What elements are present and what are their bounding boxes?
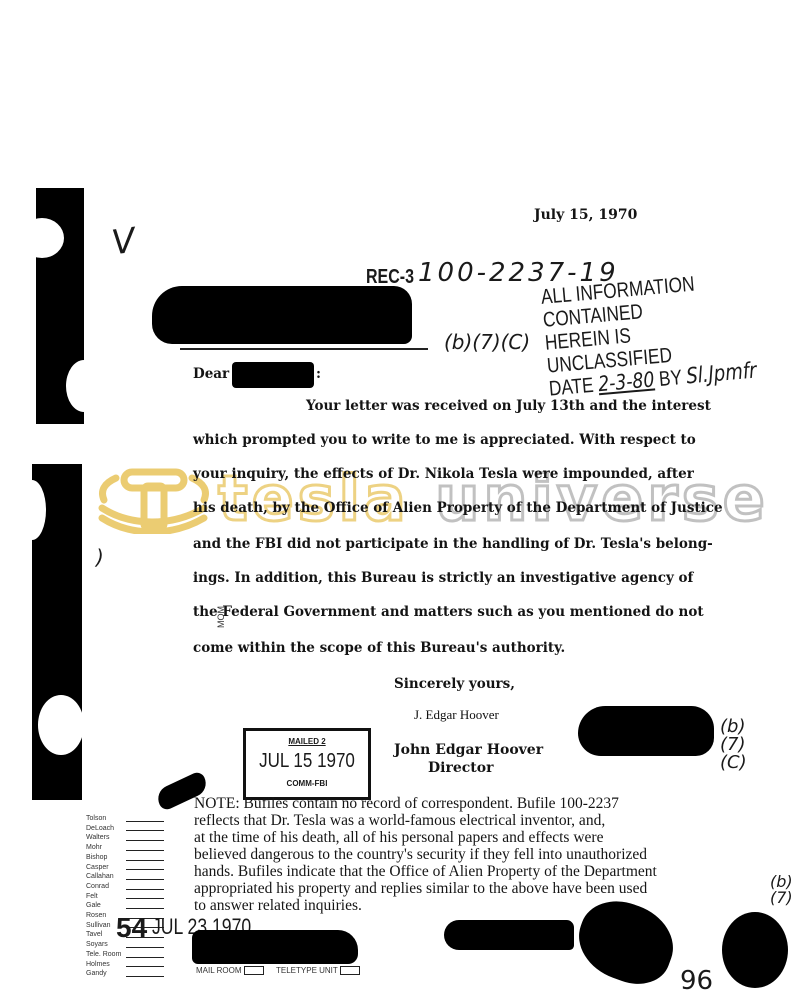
routing-initial-line <box>126 845 164 851</box>
routing-initial-line <box>126 961 164 967</box>
routing-slip-row: DeLoach <box>86 824 164 834</box>
punch-hole <box>18 480 46 540</box>
exemption-mark: (b)(7)(C) <box>444 330 530 354</box>
exemption-mark-bottom: (b)(7) <box>770 874 788 906</box>
typed-signature: J. Edgar Hoover <box>414 707 499 723</box>
routing-initial-line <box>126 971 164 977</box>
routing-name: Tele. Room <box>86 950 126 960</box>
mailed-stamp: MAILED 2 JUL 15 1970 COMM-FBI <box>243 728 371 800</box>
note-line-6: appropriated his property and replies si… <box>194 880 657 897</box>
routing-initial-line <box>126 893 164 899</box>
body-line-5: and the FBI did not participate in the h… <box>193 536 713 552</box>
note-line-4: believed dangerous to the country's secu… <box>194 846 657 863</box>
routing-name: Gandy <box>86 969 126 979</box>
routing-name: Callahan <box>86 872 126 882</box>
punch-hole <box>38 695 84 755</box>
routing-slip-row: Casper <box>86 863 164 873</box>
redacted-bottom-right-2 <box>722 912 788 988</box>
note-line-2: reflects that Dr. Tesla was a world-famo… <box>194 812 657 829</box>
routing-name: Mohr <box>86 843 126 853</box>
routing-name: Gale <box>86 901 126 911</box>
routing-slip-row: Gandy <box>86 969 164 979</box>
routing-initial-line <box>126 825 164 831</box>
body-line-4: his death, by the Office of Alien Proper… <box>193 500 723 516</box>
declass-signature: Sl.Jpmfr <box>685 359 757 390</box>
routing-name: Felt <box>86 892 126 902</box>
redacted-recipient-address <box>152 286 412 344</box>
mailed-stamp-top: MAILED 2 <box>246 737 368 746</box>
redacted-bottom-center <box>444 920 574 950</box>
signer-title: Director <box>428 760 493 776</box>
routing-slip-row: Bishop <box>86 853 164 863</box>
routing-name: Casper <box>86 863 126 873</box>
body-line-2: which prompted you to write to me is app… <box>193 432 696 448</box>
mailed-stamp-bottom: COMM-FBI <box>246 779 368 788</box>
redacted-recipient-name <box>232 362 314 388</box>
routing-initial-line <box>126 952 164 958</box>
routing-name: Bishop <box>86 853 126 863</box>
note-line-3: at the time of his death, all of his per… <box>194 829 657 846</box>
routing-initial-line <box>126 903 164 909</box>
salutation: Dear <box>193 366 229 382</box>
routing-slip-row: Holmes <box>86 960 164 970</box>
note-line-5: hands. Bufiles indicate that the Office … <box>194 863 657 880</box>
routing-initial-line <box>126 884 164 890</box>
mailed-stamp-date: JUL 15 1970 <box>255 750 359 773</box>
teletype-unit-label: TELETYPE UNIT <box>276 966 360 975</box>
declassification-stamp: ALL INFORMATION CONTAINED HEREIN IS UNCL… <box>540 267 762 400</box>
routing-name: Holmes <box>86 960 126 970</box>
body-line-3: your inquiry, the effects of Dr. Nikola … <box>193 466 694 482</box>
mail-room-label: MAIL ROOM <box>196 966 264 975</box>
margin-mark: ) <box>96 545 104 569</box>
routing-slip-row: Tele. Room <box>86 950 164 960</box>
routing-slip-row: Felt <box>86 892 164 902</box>
routing-initial-line <box>126 874 164 880</box>
declass-date: 2-3-80 <box>597 367 655 396</box>
letter-date: July 15, 1970 <box>534 207 637 223</box>
page-number: 96 <box>680 966 713 996</box>
body-line-6: ings. In addition, this Bureau is strict… <box>193 570 693 586</box>
routing-slip-row: Tolson <box>86 814 164 824</box>
routing-initial-line <box>126 816 164 822</box>
routing-slip: TolsonDeLoachWaltersMohrBishopCasperCall… <box>86 814 164 979</box>
routing-slip-row: Gale <box>86 901 164 911</box>
routing-slip-row: Mohr <box>86 843 164 853</box>
note-line-1: NOTE: Bufiles contain no record of corre… <box>194 795 657 812</box>
routing-initial-line <box>126 855 164 861</box>
received-stamp-number: 54 <box>116 912 147 944</box>
closing: Sincerely yours, <box>394 676 515 692</box>
margin-initial: V <box>109 221 138 264</box>
exemption-mark-right: (b)(7)(C) <box>720 718 740 772</box>
note-block: NOTE: Bufiles contain no record of corre… <box>194 795 657 914</box>
side-mark: MOM <box>216 606 226 628</box>
redacted-enclosure <box>192 930 358 964</box>
routing-initial-line <box>126 835 164 841</box>
routing-name: Walters <box>86 833 126 843</box>
routing-slip-row: Callahan <box>86 872 164 882</box>
body-line-7: the Federal Government and matters such … <box>193 604 704 620</box>
address-underline <box>180 348 428 350</box>
body-line-8: come within the scope of this Bureau's a… <box>193 640 565 656</box>
routing-initial-line <box>126 864 164 870</box>
body-line-1: Your letter was received on July 13th an… <box>306 398 711 414</box>
salutation-colon: : <box>316 366 321 382</box>
routing-name: Conrad <box>86 882 126 892</box>
routing-name: DeLoach <box>86 824 126 834</box>
redacted-initials <box>578 706 714 756</box>
routing-slip-row: Walters <box>86 833 164 843</box>
punch-hole <box>66 360 102 412</box>
punch-hole <box>20 218 64 258</box>
routing-slip-row: Conrad <box>86 882 164 892</box>
signer-name: John Edgar Hoover <box>394 742 543 758</box>
routing-name: Tolson <box>86 814 126 824</box>
